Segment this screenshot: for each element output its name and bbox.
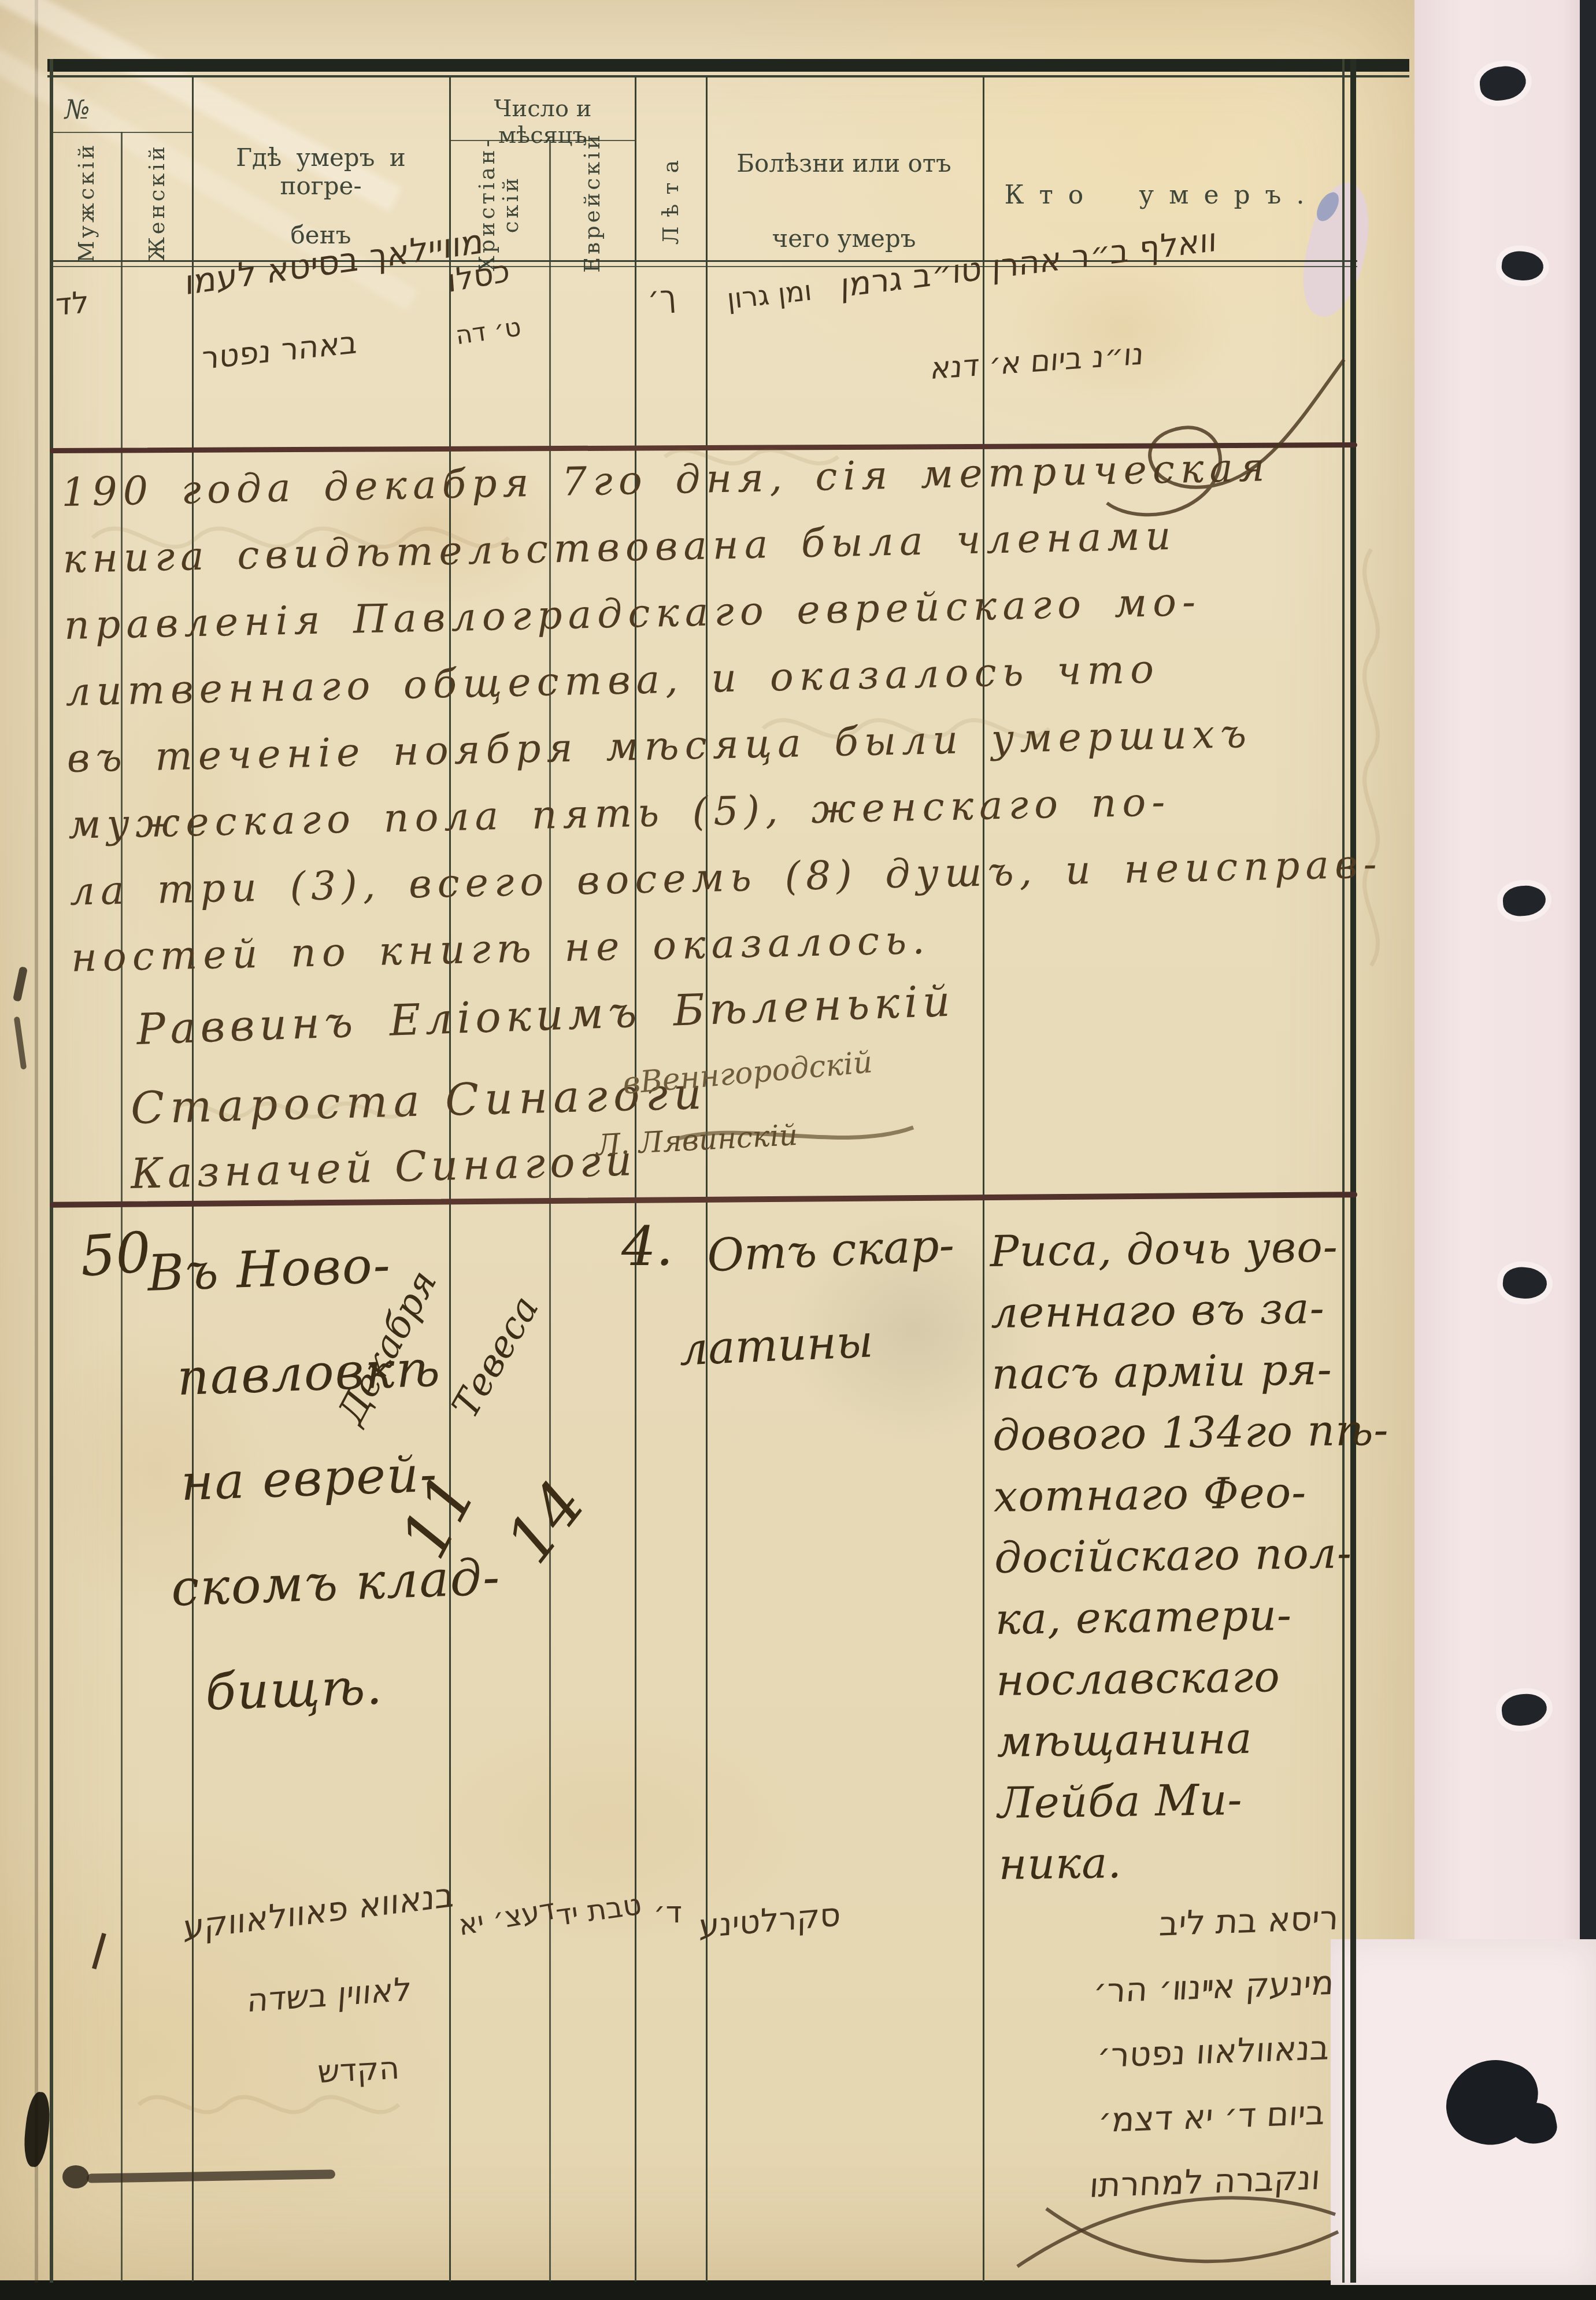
entry50-who: Риса, дочь уво-леннаго въ за-пасъ арміи …	[990, 1215, 1395, 1895]
entry50-cause-line: Отъ скар-	[705, 1199, 956, 1303]
col-header-cause-line2: чего умеръ	[717, 224, 971, 253]
col-header-where-line1: Гдѣ умеръ и погре-	[197, 143, 445, 200]
entry50-who-line: Риса, дочь уво-	[990, 1215, 1387, 1282]
ink-blot	[62, 2165, 89, 2188]
entry50-who-line: ка, екатери-	[995, 1583, 1392, 1650]
entry50-who-line: леннаго въ за-	[990, 1277, 1387, 1344]
entry50-place-line: бищѣ.	[203, 1630, 506, 1746]
entry50-cause-line: латины	[677, 1292, 960, 1396]
entry50-cause: Отъ скар-латины	[673, 1199, 960, 1396]
entry50-age: 4.	[621, 1215, 673, 1278]
entry-bottom-who: ריסא בת ליבמינעק אײנװ׳ הר׳בנאוולאוו נפטר…	[960, 1885, 1341, 2222]
col-header-jewish: Еврейскій	[575, 127, 610, 278]
entry50-who-line: досійскаго пол-	[994, 1522, 1391, 1589]
entry50-who-line: нославскаго	[995, 1644, 1393, 1711]
col-header-christian-line2: скій	[498, 175, 523, 233]
entry50-who-line: дового 134го пѣ-	[992, 1399, 1389, 1466]
entry50-who-line: Лейба Ми-	[997, 1767, 1394, 1834]
entry50-who-line: хотнаго Фео-	[993, 1460, 1390, 1528]
page-fold-line	[35, 0, 38, 2283]
col-header-who: Кто умеръ.	[988, 180, 1335, 210]
entry-bottom-who-line: ריסא בת ליב	[978, 1885, 1341, 1962]
entry-bottom-who-line: ביום ד׳ יא דצמ׳	[965, 2080, 1327, 2157]
col-header-cause-line1: Болѣзни или отъ	[717, 149, 971, 178]
entry-bottom-place-line3: הקדש	[317, 2050, 400, 2090]
entry-bottom-who-line: מינעק אײנװ׳ הר׳	[973, 1950, 1336, 2028]
col-header-male: Мужскій	[69, 127, 104, 278]
entry-bottom-who-line: בנאוולאוו נפטר׳	[969, 2015, 1331, 2092]
col-header-female: Женскій	[140, 127, 175, 278]
entry50-who-line: пасъ арміи ря-	[991, 1338, 1388, 1405]
attestation-text: 190 года декабря 7го дня, сія метрическа…	[61, 432, 1401, 992]
entry-top-age: ך׳	[646, 279, 677, 316]
entry-bottom-age: ד׳	[653, 1895, 682, 1930]
entry50-who-line: мѣщанина	[997, 1706, 1394, 1773]
entry50-number: 50	[78, 1219, 153, 1289]
entry-bottom-signature-flourish	[1000, 2174, 1347, 2290]
table-top-border	[47, 59, 1409, 72]
col-header-no: №	[65, 94, 90, 125]
table-top-rule	[47, 75, 1409, 77]
scanned-register-page: № Мужскій Женскій Гдѣ умеръ и погре- бен…	[0, 0, 1596, 2300]
entry-top-number: לד	[55, 285, 89, 323]
column-line-age-cause	[706, 75, 708, 2281]
entry50-place-line: Въ Ново-	[146, 1209, 491, 1326]
table-left-border	[50, 59, 53, 2283]
col-header-age: Лѣта	[653, 128, 688, 267]
